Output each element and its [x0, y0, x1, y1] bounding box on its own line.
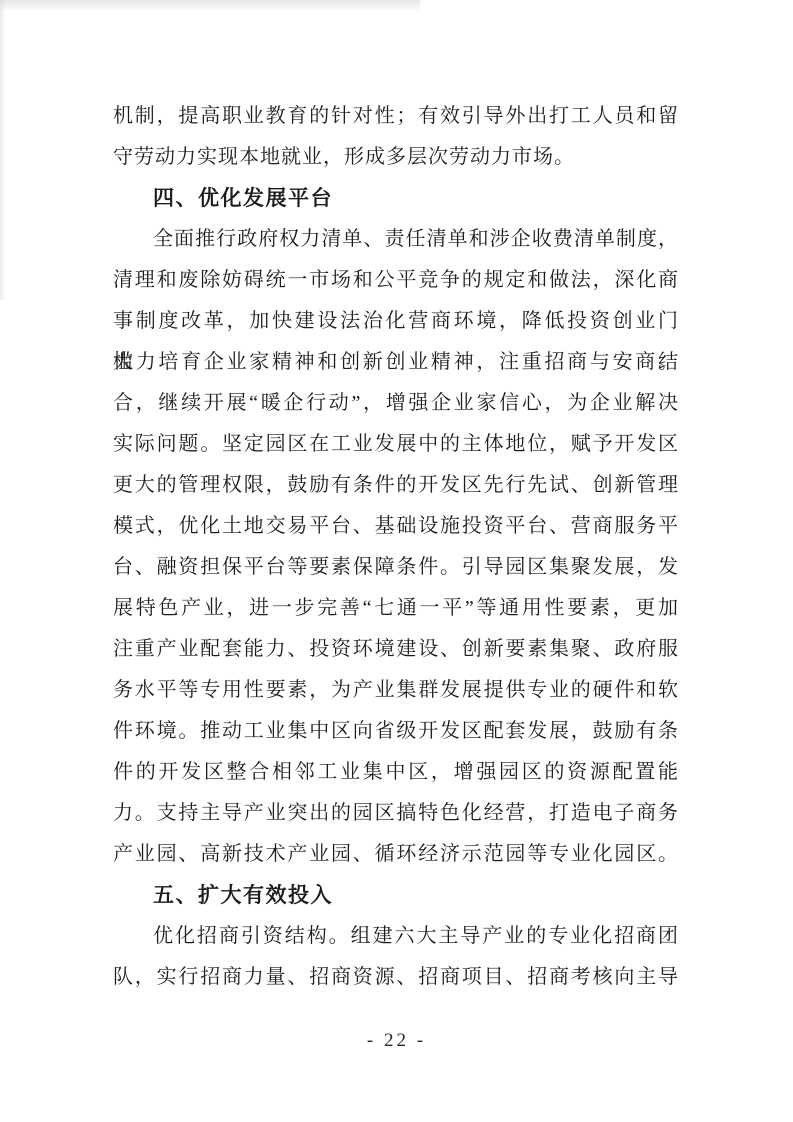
text-line: 事制度改革，加快建设法治化营商环境，降低投资创业门槛。: [113, 301, 679, 342]
document-body: 机制，提高职业教育的针对性；有效引导外出打工人员和留守劳动力实现本地就业，形成多…: [113, 96, 679, 998]
heading-line: 五、扩大有效投入: [113, 875, 679, 916]
para-section-4: 全面推行政府权力清单、责任清单和涉企收费清单制度，清理和废除妨碍统一市场和公平竞…: [113, 219, 679, 875]
text-line: 队，实行招商力量、招商资源、招商项目、招商考核向主导: [113, 957, 679, 998]
text-line: 力。支持主导产业突出的园区搞特色化经营，打造电子商务: [113, 793, 679, 834]
section-5-heading: 五、扩大有效投入: [113, 875, 679, 916]
text-line: 全面推行政府权力清单、责任清单和涉企收费清单制度，: [113, 219, 679, 260]
page-number: - 22 -: [0, 1030, 793, 1052]
para-labor-market: 机制，提高职业教育的针对性；有效引导外出打工人员和留守劳动力实现本地就业，形成多…: [113, 96, 679, 178]
text-line: 台、融资担保平台等要素保障条件。引导园区集聚发展，发: [113, 547, 679, 588]
text-line: 模式，优化土地交易平台、基础设施投资平台、营商服务平: [113, 506, 679, 547]
para-section-5: 优化招商引资结构。组建六大主导产业的专业化招商团队，实行招商力量、招商资源、招商…: [113, 916, 679, 998]
section-4-heading: 四、优化发展平台: [113, 178, 679, 219]
text-line: 机制，提高职业教育的针对性；有效引导外出打工人员和留: [113, 96, 679, 137]
text-line: 更大的管理权限，鼓励有条件的开发区先行先试、创新管理: [113, 465, 679, 506]
text-line: 大力培育企业家精神和创新创业精神，注重招商与安商结: [113, 342, 679, 383]
scan-edge-shadow-top: [0, 0, 420, 12]
text-line: 合，继续开展“暖企行动”，增强企业家信心，为企业解决: [113, 383, 679, 424]
text-line: 展特色产业，进一步完善“七通一平”等通用性要素，更加: [113, 588, 679, 629]
text-line: 优化招商引资结构。组建六大主导产业的专业化招商团: [113, 916, 679, 957]
text-line: 注重产业配套能力、投资环境建设、创新要素集聚、政府服: [113, 629, 679, 670]
text-line: 务水平等专用性要素，为产业集群发展提供专业的硬件和软: [113, 670, 679, 711]
text-line: 实际问题。坚定园区在工业发展中的主体地位，赋予开发区: [113, 424, 679, 465]
text-line: 件的开发区整合相邻工业集中区，增强园区的资源配置能: [113, 752, 679, 793]
text-line: 守劳动力实现本地就业，形成多层次劳动力市场。: [113, 137, 679, 178]
text-line: 清理和废除妨碍统一市场和公平竞争的规定和做法，深化商: [113, 260, 679, 301]
text-line: 件环境。推动工业集中区向省级开发区配套发展，鼓励有条: [113, 711, 679, 752]
scan-edge-shadow-left: [0, 0, 6, 300]
text-line: 产业园、高新技术产业园、循环经济示范园等专业化园区。: [113, 834, 679, 875]
heading-line: 四、优化发展平台: [113, 178, 679, 219]
